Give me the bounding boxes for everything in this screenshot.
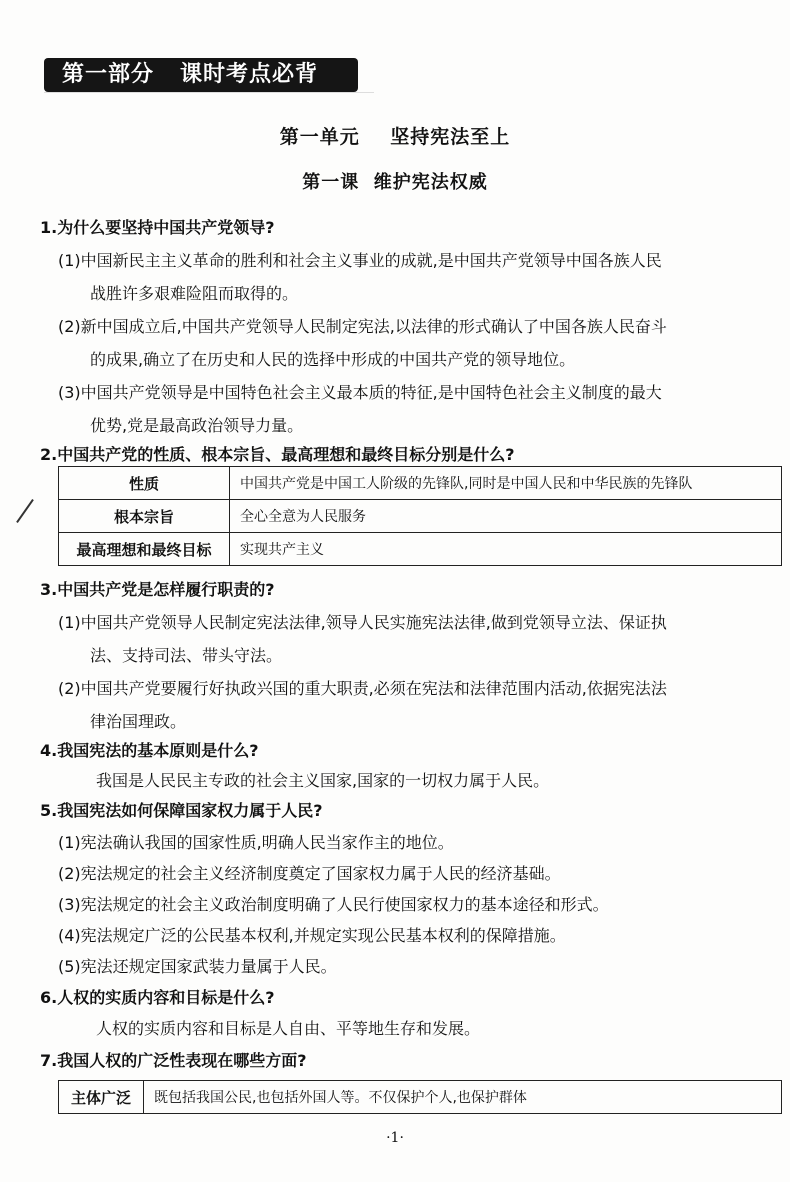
party-nature-table: 性质 中国共产党是中国工人阶级的先锋队,同时是中国人民和中华民族的先锋队 根本宗… bbox=[58, 466, 782, 566]
page-number: ·1· bbox=[0, 1130, 790, 1146]
q1-item-2-line-2: 的成果,确立了在历史和人民的选择中形成的中国共产党的领导地位。 bbox=[90, 347, 575, 370]
q5-item-2: (2)宪法规定的社会主义经济制度奠定了国家权力属于人民的经济基础。 bbox=[58, 861, 561, 884]
lesson-title: 第一课 维护宪法权威 bbox=[0, 168, 790, 194]
q5-item-4: (4)宪法规定广泛的公民基本权利,并规定实现公民基本权利的保障措施。 bbox=[58, 923, 566, 946]
q3-item-2-line-1: (2)中国共产党要履行好执政兴国的重大职责,必须在宪法和法律范围内活动,依据宪法… bbox=[58, 676, 667, 699]
q1-item-1-line-1: (1)中国新民主主义革命的胜利和社会主义事业的成就,是中国共产党领导中国各族人民 bbox=[58, 248, 662, 271]
question-5-title: 5.我国宪法如何保障国家权力属于人民? bbox=[40, 798, 323, 821]
question-3-title: 3.中国共产党是怎样履行职责的? bbox=[40, 577, 275, 600]
q4-answer: 我国是人民民主专政的社会主义国家,国家的一切权力属于人民。 bbox=[96, 768, 549, 791]
unit-title: 第一单元 坚持宪法至上 bbox=[0, 122, 790, 149]
q1-item-1-line-2: 战胜许多艰难险阻而取得的。 bbox=[90, 281, 298, 304]
banner-divider bbox=[44, 92, 374, 93]
table-value-cell: 全心全意为人民服务 bbox=[230, 500, 782, 533]
document-page: 第一部分 课时考点必背 第一单元 坚持宪法至上 第一课 维护宪法权威 1.为什么… bbox=[0, 0, 790, 1182]
human-rights-table: 主体广泛 既包括我国公民,也包括外国人等。不仅保护个人,也保护群体 bbox=[58, 1080, 782, 1114]
q5-item-1: (1)宪法确认我国的国家性质,明确人民当家作主的地位。 bbox=[58, 830, 454, 853]
table-value-cell: 中国共产党是中国工人阶级的先锋队,同时是中国人民和中华民族的先锋队 bbox=[230, 467, 782, 500]
question-1-title: 1.为什么要坚持中国共产党领导? bbox=[40, 215, 275, 238]
q3-item-2-line-2: 律治国理政。 bbox=[90, 709, 186, 732]
q1-item-3-line-2: 优势,党是最高政治领导力量。 bbox=[90, 413, 303, 436]
table-row: 最高理想和最终目标 实现共产主义 bbox=[59, 533, 782, 566]
q3-item-1-line-2: 法、支持司法、带头守法。 bbox=[90, 643, 282, 666]
table-value-cell: 实现共产主义 bbox=[230, 533, 782, 566]
table-header-cell: 主体广泛 bbox=[59, 1081, 144, 1114]
question-4-title: 4.我国宪法的基本原则是什么? bbox=[40, 738, 259, 761]
table-value-cell: 既包括我国公民,也包括外国人等。不仅保护个人,也保护群体 bbox=[144, 1081, 782, 1114]
table-row: 性质 中国共产党是中国工人阶级的先锋队,同时是中国人民和中华民族的先锋队 bbox=[59, 467, 782, 500]
question-7-title: 7.我国人权的广泛性表现在哪些方面? bbox=[40, 1048, 307, 1071]
table-header-cell: 性质 bbox=[59, 467, 230, 500]
q1-item-3-line-1: (3)中国共产党领导是中国特色社会主义最本质的特征,是中国特色社会主义制度的最大 bbox=[58, 380, 662, 403]
table-row: 根本宗旨 全心全意为人民服务 bbox=[59, 500, 782, 533]
q5-item-5: (5)宪法还规定国家武装力量属于人民。 bbox=[58, 954, 337, 977]
q1-item-2-line-1: (2)新中国成立后,中国共产党领导人民制定宪法,以法律的形式确认了中国各族人民奋… bbox=[58, 314, 667, 337]
question-2-title: 2.中国共产党的性质、根本宗旨、最高理想和最终目标分别是什么? bbox=[40, 442, 515, 465]
q6-answer: 人权的实质内容和目标是人自由、平等地生存和发展。 bbox=[96, 1016, 480, 1039]
pen-mark bbox=[16, 499, 34, 523]
table-header-cell: 根本宗旨 bbox=[59, 500, 230, 533]
q5-item-3: (3)宪法规定的社会主义政治制度明确了人民行使国家权力的基本途径和形式。 bbox=[58, 892, 609, 915]
table-header-cell: 最高理想和最终目标 bbox=[59, 533, 230, 566]
table-row: 主体广泛 既包括我国公民,也包括外国人等。不仅保护个人,也保护群体 bbox=[59, 1081, 782, 1114]
part-banner: 第一部分 课时考点必背 bbox=[44, 58, 358, 92]
question-6-title: 6.人权的实质内容和目标是什么? bbox=[40, 985, 275, 1008]
q3-item-1-line-1: (1)中国共产党领导人民制定宪法法律,领导人民实施宪法法律,做到党领导立法、保证… bbox=[58, 610, 667, 633]
